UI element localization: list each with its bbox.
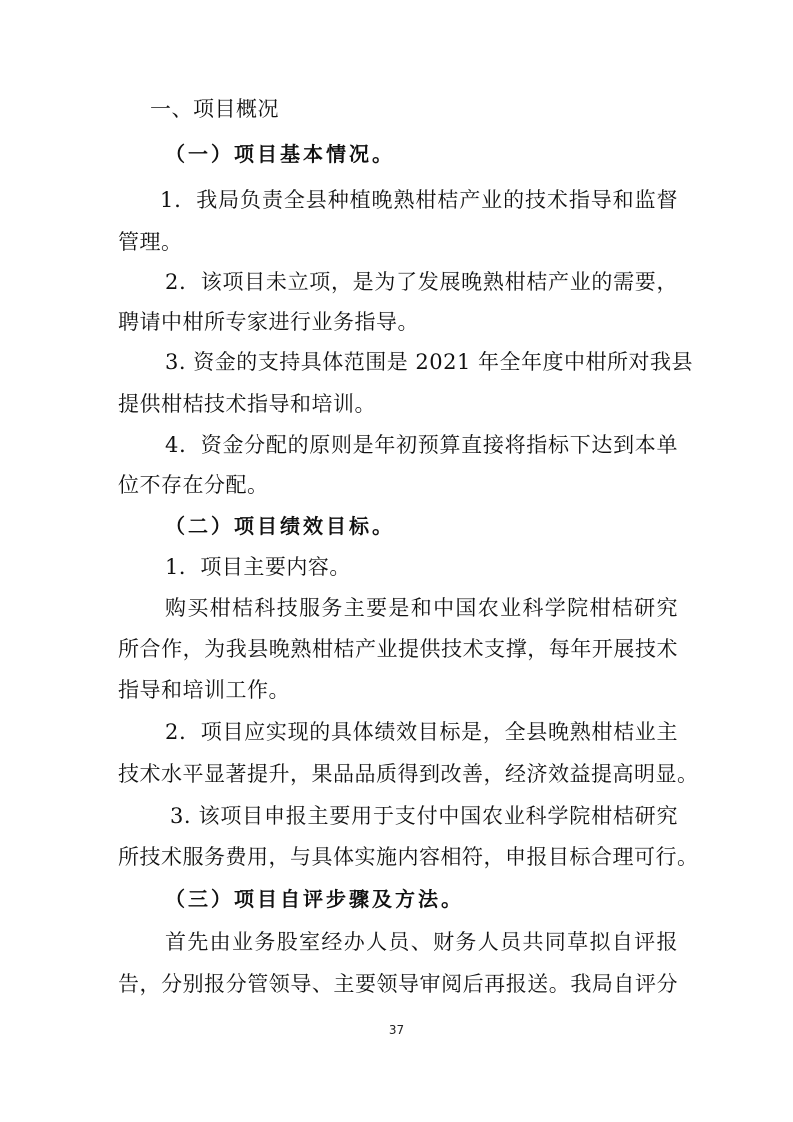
paragraph-line: 指导和培训工作。 [118, 676, 678, 704]
subsection-heading-3: （三）项目自评步骤及方法。 [165, 885, 725, 913]
paragraph-line: 1．我局负责全县种植晚熟柑桔产业的技术指导和监督 [160, 186, 678, 214]
paragraph-line: 2．项目应实现的具体绩效目标是，全县晚熟柑桔业主 [165, 718, 678, 746]
section-title: 一、项目概况 [150, 95, 710, 123]
paragraph-line: 购买柑桔科技服务主要是和中国农业科学院柑桔研究 [165, 594, 678, 622]
paragraph-line: 3. 资金的支持具体范围是 2021 年全年度中柑所对我县 [165, 348, 678, 376]
paragraph-line: 3. 该项目申报主要用于支付中国农业科学院柑桔研究 [170, 802, 678, 830]
document-page: 一、项目概况 （一）项目基本情况。 1．我局负责全县种植晚熟柑桔产业的技术指导和… [0, 0, 793, 1122]
subsection-heading-1: （一）项目基本情况。 [165, 140, 725, 168]
paragraph-line: 提供柑桔技术指导和培训。 [118, 390, 678, 418]
paragraph-line: 4．资金分配的原则是年初预算直接将指标下达到本单 [165, 431, 678, 459]
paragraph-line: 管理。 [118, 228, 678, 256]
paragraph-line: 技术水平显著提升，果品品质得到改善，经济效益提高明显。 [118, 760, 678, 788]
subsection-heading-2: （二）项目绩效目标。 [165, 512, 725, 540]
paragraph-line: 位不存在分配。 [118, 471, 678, 499]
paragraph-line: 聘请中柑所专家进行业务指导。 [118, 308, 678, 336]
paragraph-line: 所合作，为我县晚熟柑桔产业提供技术支撑，每年开展技术 [118, 635, 678, 663]
paragraph-line: 2．该项目未立项，是为了发展晚熟柑桔产业的需要， [165, 268, 678, 296]
paragraph-line: 所技术服务费用，与具体实施内容相符，申报目标合理可行。 [118, 843, 678, 871]
page-number: 37 [0, 1023, 793, 1037]
paragraph-line: 告，分别报分管领导、主要领导审阅后再报送。我局自评分 [118, 970, 678, 998]
paragraph-line: 首先由业务股室经办人员、财务人员共同草拟自评报 [165, 928, 678, 956]
paragraph-line: 1．项目主要内容。 [165, 553, 725, 581]
